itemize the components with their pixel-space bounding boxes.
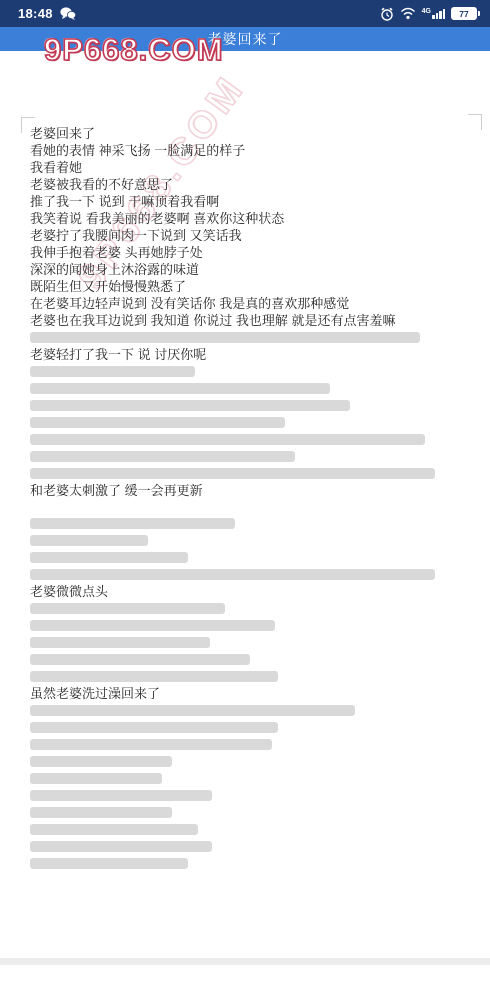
redacted-line [30, 702, 470, 719]
redacted-bar [30, 417, 285, 428]
story-line: 深深的闻她身上沐浴露的味道 [30, 261, 470, 278]
wechat-icon [60, 7, 76, 20]
story-line: 老婆也在我耳边说到 我知道 你说过 我也理解 就是还有点害羞嘛 [30, 312, 470, 329]
redacted-bar [30, 807, 172, 818]
battery-percent: 77 [459, 9, 468, 19]
redacted-bar [30, 858, 188, 869]
redacted-line [30, 821, 470, 838]
redacted-line [30, 532, 470, 549]
redacted-line [30, 549, 470, 566]
story-line: 我伸手抱着老婆 头再她脖子处 [30, 244, 470, 261]
redacted-line [30, 617, 470, 634]
wifi-icon [400, 7, 416, 20]
redacted-line [30, 787, 470, 804]
story-line: 看她的表情 神采飞扬 一脸满足的样子 [30, 142, 470, 159]
redacted-line [30, 448, 470, 465]
redacted-line [30, 600, 470, 617]
redacted-line [30, 719, 470, 736]
redacted-line [30, 380, 470, 397]
story-line: 老婆微微点头 [30, 583, 470, 600]
paragraph-gap [30, 499, 470, 515]
story-line: 老婆被我看的不好意思了 [30, 176, 470, 193]
story-line: 既陌生但又开始慢慢熟悉了 [30, 278, 470, 295]
redacted-line [30, 804, 470, 821]
redacted-bar [30, 739, 272, 750]
network-type-label: 4G [422, 8, 431, 15]
story-line: 我笑着说 看我美丽的老婆啊 喜欢你这种状态 [30, 210, 470, 227]
redacted-line [30, 465, 470, 482]
story-line: 老婆轻打了我一下 说 讨厌你呢 [30, 346, 470, 363]
story-line: 推了我一下 说到 干嘛顶着我看啊 [30, 193, 470, 210]
story-line: 老婆回来了 [30, 125, 470, 142]
redacted-bar [30, 603, 225, 614]
redacted-line [30, 753, 470, 770]
redacted-bar [30, 654, 250, 665]
redacted-bar [30, 841, 212, 852]
redacted-bar [30, 383, 330, 394]
story-line: 老婆拧了我腰间肉一下说到 又笑话我 [30, 227, 470, 244]
redacted-line [30, 651, 470, 668]
page-bottom-divider [0, 958, 490, 965]
alarm-icon [380, 7, 394, 21]
redacted-bar [30, 722, 278, 733]
redacted-bar [30, 535, 148, 546]
redacted-bar [30, 790, 212, 801]
redacted-line [30, 770, 470, 787]
redacted-bar [30, 552, 188, 563]
redacted-bar [30, 756, 172, 767]
redacted-line [30, 414, 470, 431]
story-line: 我看着她 [30, 159, 470, 176]
redacted-line [30, 634, 470, 651]
redacted-line [30, 329, 470, 346]
redacted-line [30, 855, 470, 872]
title-bar: 老婆回来了 [0, 27, 490, 51]
battery-icon: 77 [451, 7, 480, 20]
story-line: 在老婆耳边轻声说到 没有笑话你 我是真的喜欢那种感觉 [30, 295, 470, 312]
redacted-bar [30, 400, 350, 411]
redacted-bar [30, 468, 435, 479]
redacted-bar [30, 451, 295, 462]
redacted-line [30, 736, 470, 753]
page-title: 老婆回来了 [208, 29, 283, 49]
redacted-line [30, 515, 470, 532]
redacted-bar [30, 671, 278, 682]
signal-icon: 4G [422, 9, 445, 19]
clock-time: 18:48 [18, 6, 53, 21]
redacted-bar [30, 620, 275, 631]
redacted-line [30, 397, 470, 414]
redacted-bar [30, 518, 235, 529]
redacted-line [30, 363, 470, 380]
redacted-bar [30, 366, 195, 377]
phone-screen: 18:48 [0, 0, 490, 1000]
redacted-line [30, 838, 470, 855]
document-page[interactable]: 老婆回来了看她的表情 神采飞扬 一脸满足的样子我看着她老婆被我看的不好意思了推了… [0, 51, 490, 1000]
crop-corner-topright-icon [468, 114, 482, 130]
story-text-area[interactable]: 老婆回来了看她的表情 神采飞扬 一脸满足的样子我看着她老婆被我看的不好意思了推了… [30, 125, 470, 872]
redacted-line [30, 431, 470, 448]
status-bar: 18:48 [0, 0, 490, 27]
redacted-bar [30, 569, 435, 580]
redacted-line [30, 566, 470, 583]
redacted-bar [30, 332, 420, 343]
redacted-bar [30, 434, 425, 445]
redacted-bar [30, 824, 198, 835]
redacted-bar [30, 637, 210, 648]
redacted-line [30, 668, 470, 685]
redacted-bar [30, 705, 355, 716]
story-line: 虽然老婆洗过澡回来了 [30, 685, 470, 702]
story-line: 和老婆太刺激了 缓一会再更新 [30, 482, 470, 499]
redacted-bar [30, 773, 162, 784]
